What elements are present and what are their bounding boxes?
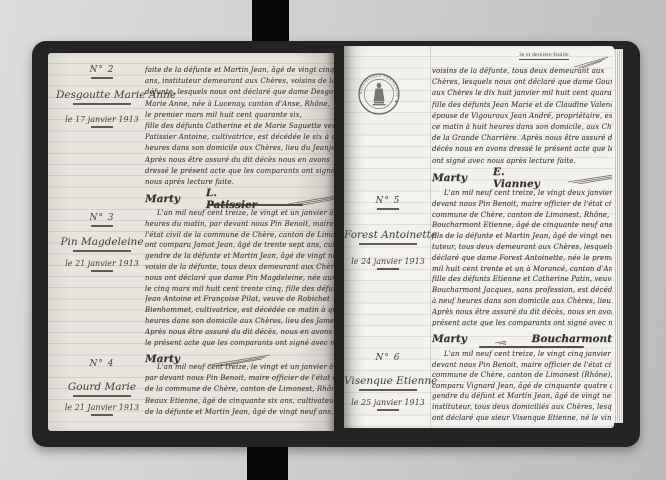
underline xyxy=(73,250,131,252)
handwritten-line: épouse de Vigouroux Jean André, propriét… xyxy=(432,111,612,122)
handwritten-line: l'état civil de la commune de Chère, can… xyxy=(145,230,334,241)
handwritten-line: devant nous Pin Benoit, maire officier d… xyxy=(432,360,612,371)
underline xyxy=(91,126,113,128)
act-name: Visenque Etienne xyxy=(344,375,432,387)
handwritten-line: de la défunte et Martin Jean, âgé de vin… xyxy=(145,407,334,418)
handwritten-line: Patissier Antoine, cultivatrice, est déc… xyxy=(145,132,334,143)
signature: Boucharmont xyxy=(532,333,612,345)
handwritten-line: le présent acte que les comparants ont s… xyxy=(145,338,334,349)
handwritten-line: Boucharmont Etienne, âgé de cinquante ne… xyxy=(432,220,612,231)
underline xyxy=(377,409,399,411)
act-text-block: L'an mil neuf cent treize, le vingt et u… xyxy=(145,208,334,368)
underline xyxy=(359,389,417,391)
handwritten-line: à neuf heures dans son domicile aux Chèr… xyxy=(432,296,612,307)
signatures-row: Marty E. Vianney xyxy=(432,167,612,187)
handwritten-line: heures du matin, par devant nous Pin Ben… xyxy=(145,219,334,230)
handwritten-line: de la commune de Chère, canton de Limone… xyxy=(145,384,334,395)
act-entry-margin: N° 4 xyxy=(56,359,148,369)
act-text-block: L'an mil neuf cent treize, le vingt et u… xyxy=(145,362,334,418)
signature: E. Vianney xyxy=(493,166,540,190)
handwritten-line: Beaux Etienne, âgé de cinquante six ans,… xyxy=(145,396,334,407)
act-date: le 25 janvier 1913 xyxy=(344,398,432,407)
handwritten-line: ont comparu Jamot Jean, âgé de trente se… xyxy=(145,240,334,251)
handwritten-line: déclaré que dame Forest Antoinette, née … xyxy=(432,253,612,264)
handwritten-line: ce matin à huit heures dans son domicile… xyxy=(432,122,612,133)
handwritten-line: Après nous être assuré du dit décès, nou… xyxy=(145,327,334,338)
underline xyxy=(91,77,113,79)
act-name: Desgoutte Marie Anne xyxy=(56,89,148,101)
scanned-register-photo: N° 2 Desgoutte Marie Anne le 17 janvier … xyxy=(0,0,666,480)
underline xyxy=(359,243,417,245)
handwritten-line: par devant nous Pin Benoit, maire offici… xyxy=(145,373,334,384)
signature: Marty xyxy=(432,172,467,184)
handwritten-line: de la Grande Charrière. Après nous être … xyxy=(432,133,612,144)
act-entry-margin: le 21 janvier 1913 xyxy=(56,259,148,272)
handwritten-line: fille des défunts Jean Marie et de Claud… xyxy=(432,100,612,111)
act-number: N° 6 xyxy=(344,353,432,363)
handwritten-line: devant nous Pin Benoit, maire officier d… xyxy=(432,199,612,210)
handwritten-line: mil huit cent trente et un à Morancé, ca… xyxy=(432,264,612,275)
right-page: 3e et dernière feuille RÉPUBLIQUE FRANÇA… xyxy=(344,46,614,428)
handwritten-line: Après nous être assuré du dit décès, nou… xyxy=(432,307,612,318)
act-date: le 24 janvier 1913 xyxy=(344,257,432,266)
act-text-block: L'an mil neuf cent treize, le vingt cinq… xyxy=(432,349,612,423)
act-name: Forest Antoinette xyxy=(344,229,432,241)
act-entry-margin: le 17 janvier 1913 xyxy=(56,115,148,128)
left-margin-column: N° 2 Desgoutte Marie Anne le 17 janvier … xyxy=(56,53,148,431)
underline xyxy=(73,395,131,397)
handwritten-line: ans, instituteur demeurant aux Chères, v… xyxy=(145,76,334,87)
handwritten-line: nous ont déclaré que dame Pin Magdeleine… xyxy=(145,273,334,284)
act-text-block: L'an mil neuf cent treize, le vingt deux… xyxy=(432,188,612,348)
handwritten-line: tuteur, tous deux demeurant aux Chères, … xyxy=(432,242,612,253)
signature-flourish xyxy=(493,333,506,345)
signature: Marty xyxy=(145,193,180,205)
handwritten-line: le cinq mars mil huit cent trente cinq, … xyxy=(145,284,334,295)
page-stack-edge xyxy=(614,49,623,423)
handwritten-line: présent acte que les comparants ont sign… xyxy=(432,318,612,329)
handwritten-line: commune de Chère, canton de Limonest (Rh… xyxy=(432,370,612,381)
act-number: N° 2 xyxy=(56,65,148,75)
register-book-cover: N° 2 Desgoutte Marie Anne le 17 janvier … xyxy=(32,41,640,447)
handwritten-line: L'an mil neuf cent treize, le vingt et u… xyxy=(145,362,334,373)
handwritten-line: fille des défunts Etienne et Catherine P… xyxy=(432,274,612,285)
handwritten-line: ont déclaré que sieur Visenque Etienne, … xyxy=(432,413,612,424)
handwritten-line: faite de la défunte et Martin Jean, âgé … xyxy=(145,65,334,76)
act-entry-margin: Forest Antoinette xyxy=(344,229,432,245)
signature: Marty xyxy=(432,333,467,345)
handwritten-line: Boucharmont Jacques, sans profession, es… xyxy=(432,285,612,296)
underline xyxy=(73,103,131,105)
left-page: N° 2 Desgoutte Marie Anne le 17 janvier … xyxy=(48,53,334,431)
signature-flourish xyxy=(566,171,612,184)
underline xyxy=(91,270,113,272)
act-entry-margin: Gourd Marie xyxy=(56,381,148,397)
handwritten-line: fils de la défunte et Martin Jean, âgé d… xyxy=(432,231,612,242)
act-date: le 21 Janvier 1913 xyxy=(56,403,148,412)
act-name: Gourd Marie xyxy=(56,381,148,393)
handwritten-line: défunte, lesquels nous ont déclaré que d… xyxy=(145,87,334,98)
handwritten-line: commune de Chère, canton de Limonest, Rh… xyxy=(432,210,612,221)
handwritten-line: fille des défunts Catherine et de Marie … xyxy=(145,121,334,132)
act-entry-margin: N° 3 xyxy=(56,213,148,227)
handwritten-line: heures dans son domicile aux Chères, lie… xyxy=(145,143,334,154)
handwritten-line: Jean Antoine et Françoise Pilat, veuve d… xyxy=(145,294,334,305)
act-number: N° 3 xyxy=(56,213,148,223)
act-number: N° 4 xyxy=(56,359,148,369)
handwritten-line: gendre de la défunte et Martin Jean, âgé… xyxy=(145,251,334,262)
act-entry-margin: N° 2 xyxy=(56,65,148,79)
handwritten-line: L'an mil neuf cent treize, le vingt et u… xyxy=(145,208,334,219)
corner-note: 3e et dernière feuille xyxy=(519,52,569,60)
handwritten-line: heures dans son domicile aux Chères, lie… xyxy=(145,316,334,327)
act-date: le 21 janvier 1913 xyxy=(56,259,148,268)
handwritten-line: instituteur, tous deux domiciliés aux Ch… xyxy=(432,402,612,413)
underline xyxy=(91,225,113,227)
underline xyxy=(91,414,113,416)
handwritten-line: L'an mil neuf cent treize, le vingt cinq… xyxy=(432,349,612,360)
handwritten-line: dressé le présent acte que les comparant… xyxy=(145,166,334,177)
act-entry-margin: le 21 Janvier 1913 xyxy=(56,403,148,416)
handwritten-line: comparu Vignard Jean, âgé de cinquante q… xyxy=(432,381,612,392)
right-margin-column: N° 5 Forest Antoinette le 24 janvier 191… xyxy=(344,46,432,428)
handwritten-line: aux Chères le dix huit janvier mil huit … xyxy=(432,88,612,99)
underline xyxy=(377,208,399,210)
act-entry-margin: Pin Magdeleine xyxy=(56,236,148,252)
ink-rule xyxy=(479,346,584,348)
act-entry-margin: Desgoutte Marie Anne xyxy=(56,89,148,105)
act-name: Pin Magdeleine xyxy=(56,236,148,248)
act-number: N° 5 xyxy=(344,196,432,206)
handwritten-line: Marie Anne, née à Lucenay, canton d'Anse… xyxy=(145,99,334,110)
act-entry-margin: le 25 janvier 1913 xyxy=(344,398,432,411)
handwritten-line: voisins de la défunte, tous deux demeura… xyxy=(432,66,612,77)
handwritten-line: décès nous en avons dressé le présent ac… xyxy=(432,144,612,155)
act-text-block: voisins de la défunte, tous deux demeura… xyxy=(432,66,612,187)
handwritten-line: L'an mil neuf cent treize, le vingt deux… xyxy=(432,188,612,199)
handwritten-line: Chères, lesquels nous ont déclaré que da… xyxy=(432,77,612,88)
handwritten-line: gendre du défunt et Martin Jean, âgé de … xyxy=(432,391,612,402)
underline xyxy=(377,268,399,270)
act-entry-margin: le 24 janvier 1913 xyxy=(344,257,432,270)
handwritten-line: voisin de la défunte, tous deux demeuran… xyxy=(145,262,334,273)
act-entry-margin: N° 6 xyxy=(344,353,432,363)
act-entry-margin: N° 5 xyxy=(344,196,432,210)
act-date: le 17 janvier 1913 xyxy=(56,115,148,124)
ink-rule xyxy=(208,204,303,206)
handwritten-line: le premier mars mil huit cent quarante s… xyxy=(145,110,334,121)
act-entry-margin: Visenque Etienne xyxy=(344,375,432,391)
handwritten-line: Après nous être assuré du dit décès nous… xyxy=(145,155,334,166)
handwritten-line: Bienhommet, cultivatrice, est décédée ce… xyxy=(145,305,334,316)
act-text-block: faite de la défunte et Martin Jean, âgé … xyxy=(145,65,334,208)
